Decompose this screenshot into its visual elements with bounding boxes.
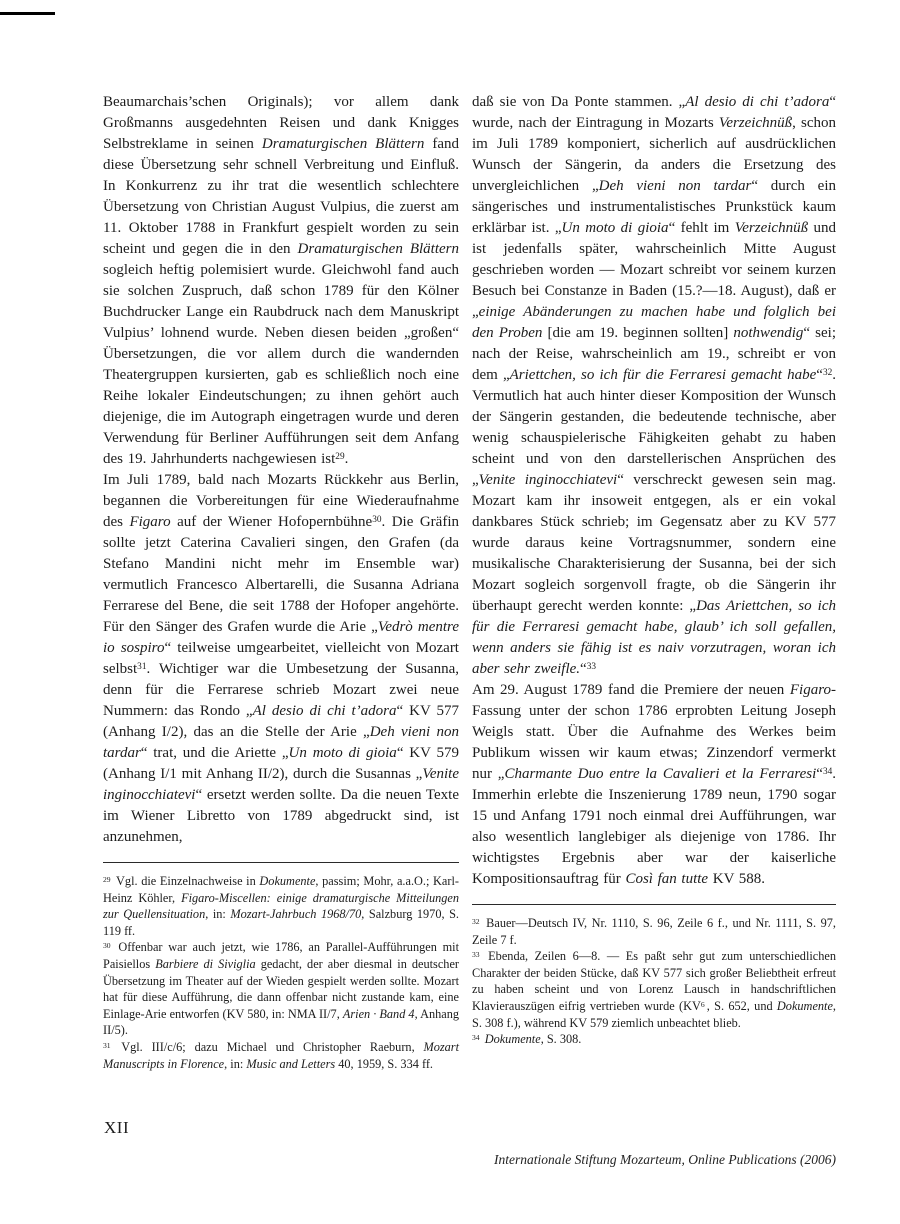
footnote-number: 33	[472, 950, 480, 959]
left-footnotes: 29 Vgl. die Einzelnachweise in Dokumente…	[103, 873, 459, 1072]
text-segment: Arien · Band 4	[343, 1007, 415, 1021]
text-segment: Bauer—Deutsch IV, Nr. 1110, S. 96, Zeile…	[472, 916, 836, 947]
text-segment: Vgl. III/c/6; dazu Michael und Christoph…	[121, 1040, 423, 1054]
text-segment: Un moto di gioia	[562, 220, 669, 236]
text-segment: . Immerhin erlebte die Inszenierung 1789…	[472, 766, 836, 887]
footnote-number: 31	[103, 1041, 111, 1050]
text-segment: daß sie von Da Ponte stammen. „	[472, 94, 685, 110]
text-segment: Music and Letters	[246, 1057, 335, 1071]
text-segment: [die am 19. beginnen sollten]	[542, 325, 733, 341]
text-segment: Ariettchen, so ich für die Ferraresi gem…	[510, 367, 817, 383]
text-segment: Al desio di chi t’adora	[253, 703, 397, 719]
footnote: 34 Dokumente, S. 308.	[472, 1031, 836, 1048]
text-segment: Un moto di gioia	[289, 745, 397, 761]
scan-artifact-line	[0, 12, 55, 15]
footnote: 32 Bauer—Deutsch IV, Nr. 1110, S. 96, Ze…	[472, 915, 836, 948]
text-segment: Al desio di chi t’adora	[685, 94, 829, 110]
paragraph: Im Juli 1789, bald nach Mozarts Rückkehr…	[103, 470, 459, 848]
page-number: XII	[104, 1118, 129, 1138]
footnote-reference: 30	[372, 515, 381, 525]
footnote: 30 Offenbar war auch jetzt, wie 1786, an…	[103, 939, 459, 1039]
text-segment: Vgl. die Einzelnachweise in	[116, 874, 259, 888]
footnote-reference: 29	[335, 452, 344, 462]
text-segment: auf der Wiener Hofopernbühne	[171, 514, 373, 530]
text-segment: Dramaturgischen Blättern	[298, 241, 459, 257]
text-segment: Dramaturgischen Blättern	[262, 136, 424, 152]
text-segment: sogleich heftig polemisiert wurde. Gleic…	[103, 262, 459, 467]
footnote-number: 30	[103, 941, 111, 950]
footnote-reference: 33	[587, 662, 596, 672]
right-column: daß sie von Da Ponte stammen. „Al desio …	[472, 92, 836, 1048]
text-segment: “	[580, 661, 587, 677]
footnote-reference: 31	[137, 662, 146, 672]
right-footnotes: 32 Bauer—Deutsch IV, Nr. 1110, S. 96, Ze…	[472, 915, 836, 1048]
text-segment: , S. 308.	[541, 1032, 582, 1046]
left-column: Beaumarchais’schen Originals); vor allem…	[103, 92, 459, 1072]
footnote-reference: 6	[701, 1000, 705, 1009]
text-segment: Mozart-Jahrbuch 1968/70	[230, 907, 361, 921]
text-segment: “	[816, 367, 823, 383]
text-segment: , in:	[224, 1057, 246, 1071]
footnote-number: 32	[472, 917, 480, 926]
text-segment: KV 588.	[708, 871, 765, 887]
text-segment: Così fan tutte	[625, 871, 708, 887]
right-footnote-separator	[472, 904, 836, 905]
footnote-number: 34	[472, 1033, 480, 1042]
footnote-reference: 34	[823, 767, 832, 777]
text-segment: . Die Gräfin sollte jetzt Caterina Caval…	[103, 514, 459, 635]
paragraph: daß sie von Da Ponte stammen. „Al desio …	[472, 92, 836, 680]
footnote-reference: 32	[823, 368, 832, 378]
footnote-number: 29	[103, 875, 111, 884]
footnote: 29 Vgl. die Einzelnachweise in Dokumente…	[103, 873, 459, 939]
text-segment: , in:	[205, 907, 230, 921]
footer-credit: Internationale Stiftung Mozarteum, Onlin…	[494, 1152, 836, 1168]
text-segment: nothwendig	[733, 325, 803, 341]
paragraph: Am 29. August 1789 fand die Premiere der…	[472, 680, 836, 890]
text-segment: “ fehlt im	[669, 220, 735, 236]
text-segment: fand diese Übersetzung sehr schnell Verb…	[103, 136, 459, 257]
text-segment: Barbiere di Siviglia	[155, 957, 255, 971]
text-segment: .	[345, 451, 349, 467]
text-segment: Figaro	[790, 682, 831, 698]
text-segment: , S. 652, und	[707, 999, 777, 1013]
left-body-text: Beaumarchais’schen Originals); vor allem…	[103, 92, 459, 848]
text-segment: Charmante Duo entre la Cavalieri et la F…	[504, 766, 816, 782]
text-segment: 40, 1959, S. 334 ff.	[335, 1057, 433, 1071]
scanned-document-page: Beaumarchais’schen Originals); vor allem…	[0, 0, 900, 1224]
text-segment: Venite inginocchiatevi	[479, 472, 618, 488]
text-segment: “	[816, 766, 823, 782]
text-segment: Dokumente	[777, 999, 833, 1013]
paragraph: Beaumarchais’schen Originals); vor allem…	[103, 92, 459, 470]
text-segment: . Vermutlich hat auch hinter dieser Komp…	[472, 367, 836, 488]
footnote: 33 Ebenda, Zeilen 6—8. — Es paßt sehr gu…	[472, 948, 836, 1031]
text-segment: Verzeichnüß	[735, 220, 808, 236]
text-segment: Dokumente	[485, 1032, 541, 1046]
left-footnote-separator	[103, 862, 459, 863]
text-segment: Dokumente	[259, 874, 315, 888]
text-segment: “ trat, und die Ariette „	[141, 745, 289, 761]
text-segment: Am 29. August 1789 fand die Premiere der…	[472, 682, 790, 698]
text-segment: Figaro	[129, 514, 170, 530]
text-segment: Verzeichnüß	[719, 115, 792, 131]
footnote: 31 Vgl. III/c/6; dazu Michael und Christ…	[103, 1039, 459, 1072]
text-segment: Deh vieni non tardar	[599, 178, 752, 194]
right-body-text: daß sie von Da Ponte stammen. „Al desio …	[472, 92, 836, 890]
text-segment: “ verschreckt gewesen sein mag. Mozart k…	[472, 472, 836, 614]
